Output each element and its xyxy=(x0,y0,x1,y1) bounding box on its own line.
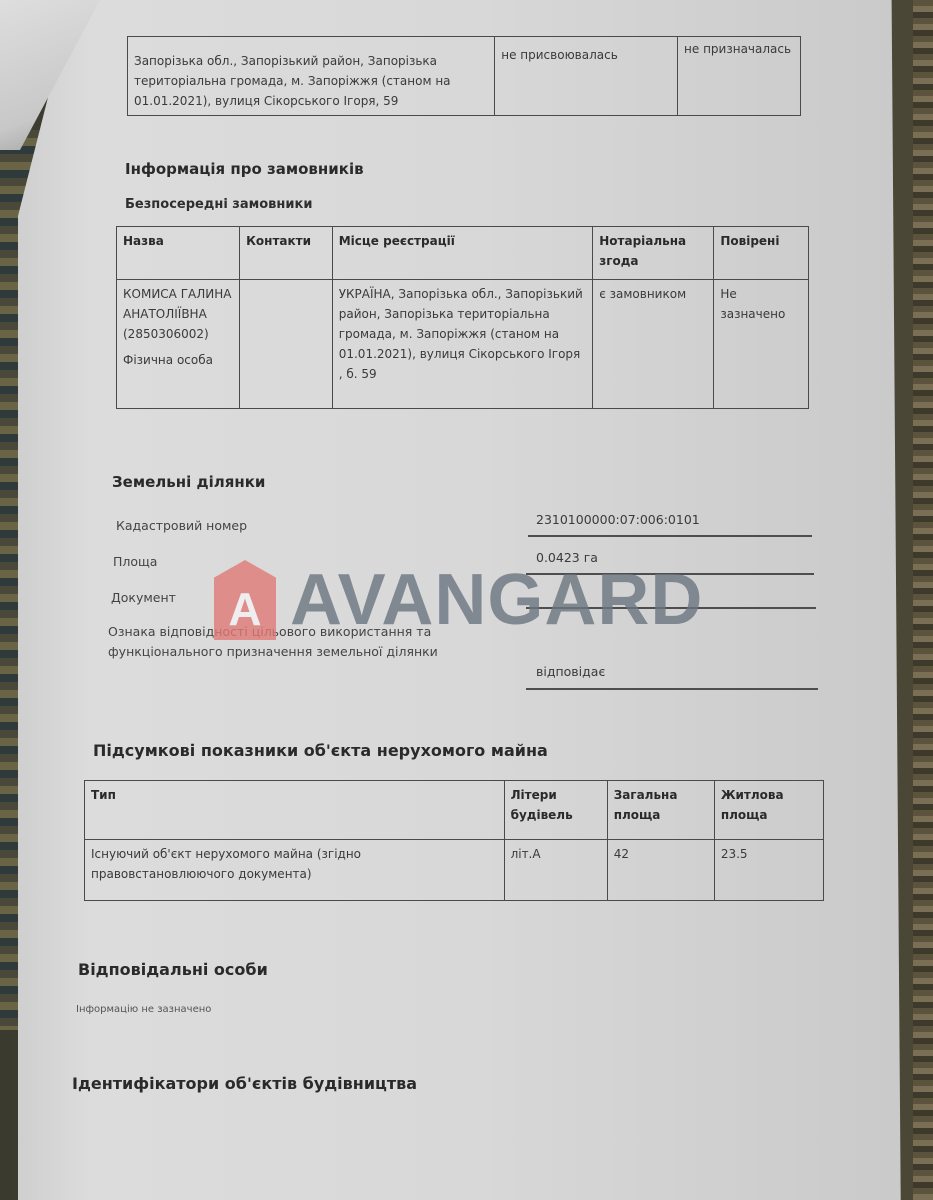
assign-cell: не призначалась xyxy=(678,37,801,116)
customer-registration: УКРАЇНА, Запорізька обл., Запорізький ра… xyxy=(332,280,593,409)
customer-name-cell: КОМИСА ГАЛИНА АНАТОЛІЇВНА (2850306002) Ф… xyxy=(117,280,240,409)
customer-contacts xyxy=(240,280,333,409)
divider xyxy=(526,688,818,690)
table-row: КОМИСА ГАЛИНА АНАТОЛІЇВНА (2850306002) Ф… xyxy=(117,280,809,409)
area-label: Площа xyxy=(113,552,157,572)
responsible-note: Інформацію не зазначено xyxy=(76,1004,211,1015)
top-address-table: Запорізька обл., Запорізький район, Запо… xyxy=(127,36,801,116)
header-type: Тип xyxy=(85,781,505,840)
customer-type: Фізична особа xyxy=(123,350,233,370)
customers-title: Інформація про замовників xyxy=(125,160,364,178)
logo-letter: A xyxy=(214,582,276,636)
land-title: Земельні ділянки xyxy=(112,473,265,491)
cadastral-value: 2310100000:07:006:0101 xyxy=(536,512,700,527)
header-total-area: Загальна площа xyxy=(607,781,714,840)
header-name: Назва xyxy=(117,227,240,280)
customer-name: КОМИСА ГАЛИНА АНАТОЛІЇВНА (2850306002) xyxy=(123,284,233,344)
customers-table: Назва Контакти Місце реєстрації Нотаріал… xyxy=(116,226,809,409)
summary-total-area: 42 xyxy=(607,840,714,901)
header-notary: Нотаріальна згода xyxy=(593,227,714,280)
table-header-row: Назва Контакти Місце реєстрації Нотаріал… xyxy=(117,227,809,280)
document: Запорізька обл., Запорізький район, Запо… xyxy=(0,0,933,1200)
header-living-area: Житлова площа xyxy=(714,781,823,840)
responsible-title: Відповідальні особи xyxy=(78,960,268,979)
summary-type: Існуючий об'єкт нерухомого майна (згідно… xyxy=(85,840,505,901)
watermark-text: AVANGARD xyxy=(290,559,703,641)
table-row: Запорізька обл., Запорізький район, Запо… xyxy=(128,37,801,116)
customers-subtitle: Безпосередні замовники xyxy=(125,197,312,212)
document-label: Документ xyxy=(111,588,176,608)
summary-table: Тип Літери будівель Загальна площа Житло… xyxy=(84,780,824,901)
compliance-value: відповідає xyxy=(536,664,605,679)
customer-notary: є замовником xyxy=(593,280,714,409)
header-letters: Літери будівель xyxy=(504,781,607,840)
customer-attorneys: Не зазначено xyxy=(714,280,809,409)
table-header-row: Тип Літери будівель Загальна площа Житло… xyxy=(85,781,824,840)
summary-living-area: 23.5 xyxy=(714,840,823,901)
number-cell: не присвоювалась xyxy=(495,37,678,116)
avangard-logo-icon: A xyxy=(214,560,276,640)
watermark: A AVANGARD xyxy=(214,560,703,640)
divider xyxy=(528,535,812,537)
identifiers-title: Ідентифікатори об'єктів будівництва xyxy=(72,1074,417,1093)
table-row: Існуючий об'єкт нерухомого майна (згідно… xyxy=(85,840,824,901)
address-cell: Запорізька обл., Запорізький район, Запо… xyxy=(128,37,495,116)
cadastral-label: Кадастровий номер xyxy=(116,516,247,536)
summary-title: Підсумкові показники об'єкта нерухомого … xyxy=(93,741,548,760)
header-registration: Місце реєстрації xyxy=(332,227,593,280)
header-attorneys: Повірені xyxy=(714,227,809,280)
summary-letters: літ.А xyxy=(504,840,607,901)
header-contacts: Контакти xyxy=(240,227,333,280)
